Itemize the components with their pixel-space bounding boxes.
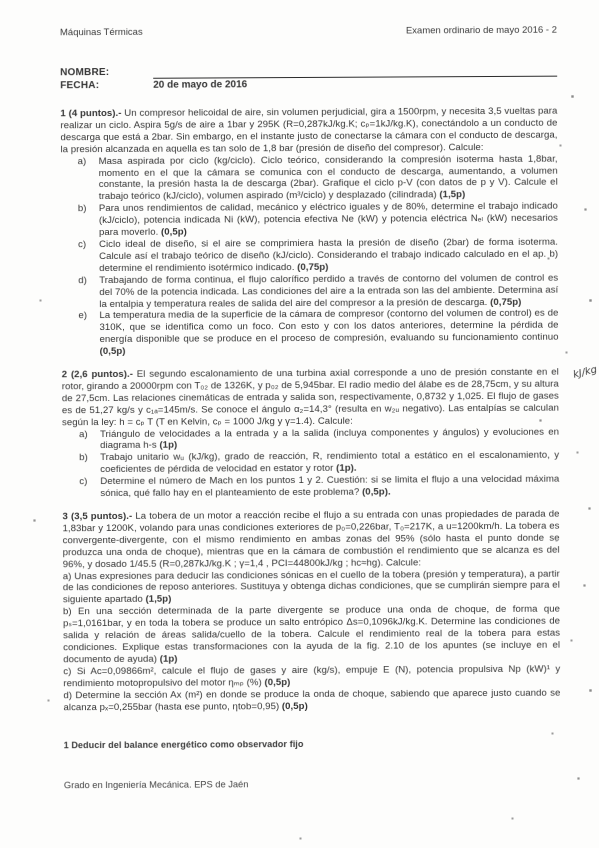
- item-label: a): [78, 156, 87, 168]
- name-field-row: NOMBRE:: [60, 64, 557, 80]
- footnote: 1 Deducir del balance energético como ob…: [64, 738, 561, 751]
- problem-1-items: a)Masa aspirada por ciclo (kg/ciclo). Ci…: [61, 153, 559, 358]
- item-points: (0,5p): [282, 700, 308, 711]
- problem-3-item-c: c) Si Ac=0,09866m², calcule el flujo de …: [63, 663, 560, 689]
- item-label: b): [79, 452, 88, 464]
- item-label: d): [63, 690, 72, 701]
- item-points: (1p): [160, 654, 178, 665]
- item-label: b): [78, 203, 87, 215]
- item-points: (0,5p): [100, 346, 126, 357]
- problem-2-intro: 2 (2,6 puntos).- El segundo escalonamien…: [62, 367, 559, 429]
- document-header: Máquinas Térmicas Examen ordinario de ma…: [60, 25, 557, 39]
- name-label: NOMBRE:: [60, 66, 153, 79]
- item-points: (0,75p): [297, 262, 328, 273]
- name-blank-line: [153, 65, 557, 79]
- scanned-page: Máquinas Térmicas Examen ordinario de ma…: [0, 0, 599, 848]
- item-text: En una sección determinada de la parte d…: [63, 604, 560, 665]
- item-text: Determine el número de Mach en los punto…: [100, 474, 559, 499]
- item-points: (0,5p).: [362, 487, 391, 498]
- problem-3-intro: 3 (3,5 puntos).- La tobera de un motor a…: [62, 509, 559, 571]
- problem-1-item-d: d)Trabajando de forma continua, el flujo…: [61, 272, 558, 310]
- problem-3-item-a: a) Unas expresiones para deducir las con…: [63, 568, 560, 606]
- problem-1-item-b: b)Para unos rendimientos de calidad, mec…: [61, 201, 558, 239]
- date-label: FECHA:: [60, 79, 153, 92]
- item-label: d): [78, 275, 87, 287]
- item-text: Masa aspirada por ciclo (kg/ciclo). Cicl…: [99, 153, 558, 202]
- problem-3: 3 (3,5 puntos).- La tobera de un motor a…: [62, 509, 560, 714]
- problem-2: 2 (2,6 puntos).- El segundo escalonamien…: [62, 367, 560, 501]
- item-label: c): [63, 666, 71, 677]
- item-text: Trabajo unitario wᵤ (kJ/kg), grado de re…: [100, 450, 559, 475]
- problem-2-item-a: a)Triángulo de velocidades a la entrada …: [62, 426, 559, 452]
- item-text: Ciclo ideal de diseño, si el aire se com…: [99, 237, 558, 274]
- item-points: (1p): [159, 440, 177, 451]
- date-value: 20 de mayo de 2016: [153, 78, 247, 91]
- item-text: Determine la sección Ax (m²) en donde se…: [63, 687, 560, 713]
- problem-2-intro-text: El segundo escalonamiento de una turbina…: [62, 367, 559, 428]
- item-text: Unas expresiones para deducir las condic…: [63, 568, 560, 605]
- item-points: (1,5p): [145, 594, 171, 605]
- problem-1-intro-text: Un compresor helicoidal de aire, sin vol…: [60, 106, 557, 155]
- problem-2-items: a)Triángulo de velocidades a la entrada …: [62, 426, 559, 500]
- problem-3-title: 3 (3,5 puntos).-: [62, 511, 132, 522]
- item-label: a): [63, 571, 72, 582]
- problem-1-item-a: a)Masa aspirada por ciclo (kg/ciclo). Ci…: [61, 153, 558, 203]
- course-title: Máquinas Térmicas: [60, 27, 143, 38]
- student-fields: NOMBRE: FECHA: 20 de mayo de 2016: [60, 64, 557, 93]
- problem-2-item-b: b)Trabajo unitario wᵤ (kJ/kg), grado de …: [62, 450, 559, 476]
- scan-noise-dots: [0, 0, 1, 1]
- degree-footer: Grado en Ingeniería Mecánica. EPS de Jaé…: [64, 778, 561, 791]
- problem-3-item-b: b) En una sección determinada de la part…: [63, 604, 560, 666]
- problem-2-title: 2 (2,6 puntos).-: [62, 369, 133, 380]
- item-text: Si Ac=0,09866m², calcule el flujo de gas…: [63, 663, 560, 689]
- item-label: c): [78, 239, 86, 251]
- problem-2-item-c: c)Determine el número de Mach en los pun…: [62, 474, 559, 500]
- problem-1-intro: 1 (4 puntos).- Un compresor helicoidal d…: [60, 106, 557, 156]
- item-label: a): [79, 429, 88, 441]
- item-points: (0,75p): [490, 296, 521, 307]
- problem-1-item-c: c)Ciclo ideal de diseño, si el aire se c…: [61, 237, 558, 275]
- item-points: (0,5p): [264, 677, 290, 688]
- item-points: (1,5p): [439, 189, 465, 200]
- problem-1-item-e: e)La temperatura media de la superficie …: [61, 308, 558, 358]
- item-label: e): [78, 311, 87, 323]
- exam-title: Examen ordinario de mayo 2016 - 2: [406, 25, 557, 37]
- item-points: (1p).: [336, 463, 357, 474]
- item-text: La temperatura media de la superficie de…: [99, 308, 558, 345]
- problem-1-title: 1 (4 puntos).-: [60, 108, 121, 119]
- item-label: c): [79, 476, 87, 488]
- problem-3-item-d: d) Determine la sección Ax (m²) en donde…: [63, 687, 560, 713]
- problem-1: 1 (4 puntos).- Un compresor helicoidal d…: [60, 106, 558, 359]
- item-label: b): [63, 606, 72, 617]
- date-field-row: FECHA: 20 de mayo de 2016: [60, 77, 557, 93]
- item-points: (0,5p): [161, 227, 187, 238]
- problem-3-intro-text: La tobera de un motor a reacción recibe …: [63, 509, 560, 570]
